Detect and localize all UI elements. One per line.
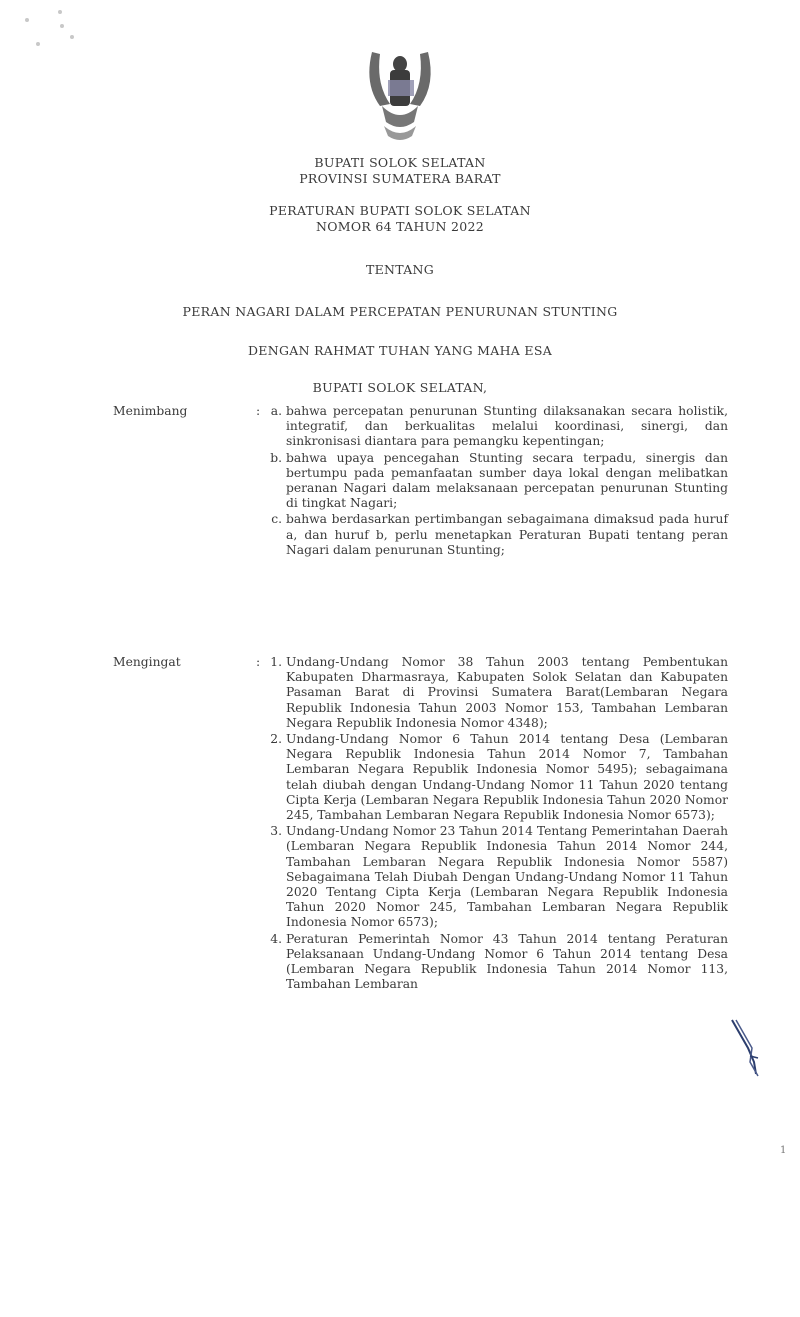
item-marker: 3. bbox=[264, 824, 282, 839]
item-marker: 1. bbox=[264, 655, 282, 670]
item-text: Peraturan Pemerintah Nomor 43 Tahun 2014… bbox=[286, 932, 728, 993]
regulation-number: NOMOR 64 TAHUN 2022 bbox=[0, 219, 800, 235]
mengingat-item: 2. Undang-Undang Nomor 6 Tahun 2014 tent… bbox=[268, 732, 728, 823]
item-marker: 2. bbox=[264, 732, 282, 747]
item-marker: b. bbox=[264, 451, 282, 466]
menimbang-item: c. bahwa berdasarkan pertimbangan sebaga… bbox=[268, 512, 728, 558]
invocation: DENGAN RAHMAT TUHAN YANG MAHA ESA bbox=[0, 343, 800, 358]
document-page: BUPATI SOLOK SELATAN PROVINSI SUMATERA B… bbox=[0, 0, 800, 1317]
item-text: Undang-Undang Nomor 38 Tahun 2003 tentan… bbox=[286, 655, 728, 731]
item-marker: c. bbox=[264, 512, 282, 527]
item-marker: 4. bbox=[264, 932, 282, 947]
item-text: bahwa upaya pencegahan Stunting secara t… bbox=[286, 451, 728, 512]
about-heading: TENTANG bbox=[0, 262, 800, 277]
regulation-title: PERATURAN BUPATI SOLOK SELATAN bbox=[0, 203, 800, 219]
item-marker: a. bbox=[264, 404, 282, 419]
item-text: bahwa percepatan penurunan Stunting dila… bbox=[286, 404, 728, 450]
garuda-emblem-icon bbox=[362, 44, 438, 146]
regulation-block: PERATURAN BUPATI SOLOK SELATAN NOMOR 64 … bbox=[0, 203, 800, 235]
mengingat-list: 1. Undang-Undang Nomor 38 Tahun 2003 ten… bbox=[268, 655, 728, 993]
mengingat-label: Mengingat bbox=[113, 655, 233, 670]
issuer-block: BUPATI SOLOK SELATAN PROVINSI SUMATERA B… bbox=[0, 155, 800, 187]
regulation-subject: PERAN NAGARI DALAM PERCEPATAN PENURUNAN … bbox=[0, 304, 800, 319]
issuer-title: BUPATI SOLOK SELATAN bbox=[0, 155, 800, 171]
issuer-province: PROVINSI SUMATERA BARAT bbox=[0, 171, 800, 187]
menimbang-label: Menimbang bbox=[113, 404, 233, 419]
menimbang-item: a. bahwa percepatan penurunan Stunting d… bbox=[268, 404, 728, 450]
page-number: 1 bbox=[780, 1145, 786, 1156]
mengingat-item: 4. Peraturan Pemerintah Nomor 43 Tahun 2… bbox=[268, 932, 728, 993]
mengingat-item: 3. Undang-Undang Nomor 23 Tahun 2014 Ten… bbox=[268, 824, 728, 930]
item-text: bahwa berdasarkan pertimbangan sebagaima… bbox=[286, 512, 728, 558]
menimbang-colon: : bbox=[256, 404, 260, 419]
item-text: Undang-Undang Nomor 23 Tahun 2014 Tentan… bbox=[286, 824, 728, 930]
mengingat-item: 1. Undang-Undang Nomor 38 Tahun 2003 ten… bbox=[268, 655, 728, 731]
menimbang-list: a. bahwa percepatan penurunan Stunting d… bbox=[268, 404, 728, 559]
mengingat-colon: : bbox=[256, 655, 260, 670]
scan-noise bbox=[20, 10, 90, 50]
item-text: Undang-Undang Nomor 6 Tahun 2014 tentang… bbox=[286, 732, 728, 823]
pen-initial-icon bbox=[728, 1018, 764, 1078]
authority-heading: BUPATI SOLOK SELATAN, bbox=[0, 380, 800, 395]
menimbang-item: b. bahwa upaya pencegahan Stunting secar… bbox=[268, 451, 728, 512]
